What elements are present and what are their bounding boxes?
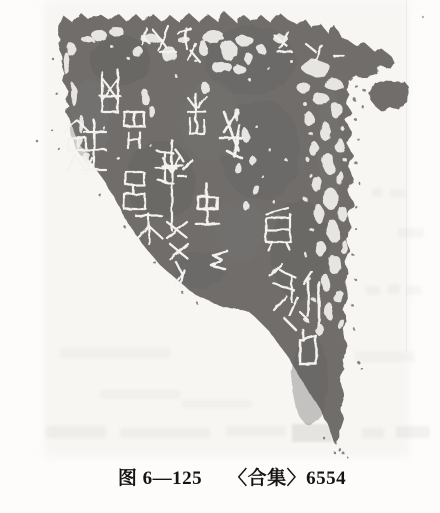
book-page: 图 6—125〈合集〉6554 [0, 0, 440, 513]
oracle-bone-rubbing [0, 0, 440, 460]
figure-caption: 图 6—125〈合集〉6554 [12, 463, 440, 490]
bone-fragment [369, 80, 410, 111]
figure-source-number: 〈合集〉6554 [228, 468, 346, 489]
figure-label: 图 6—125 [118, 468, 202, 489]
